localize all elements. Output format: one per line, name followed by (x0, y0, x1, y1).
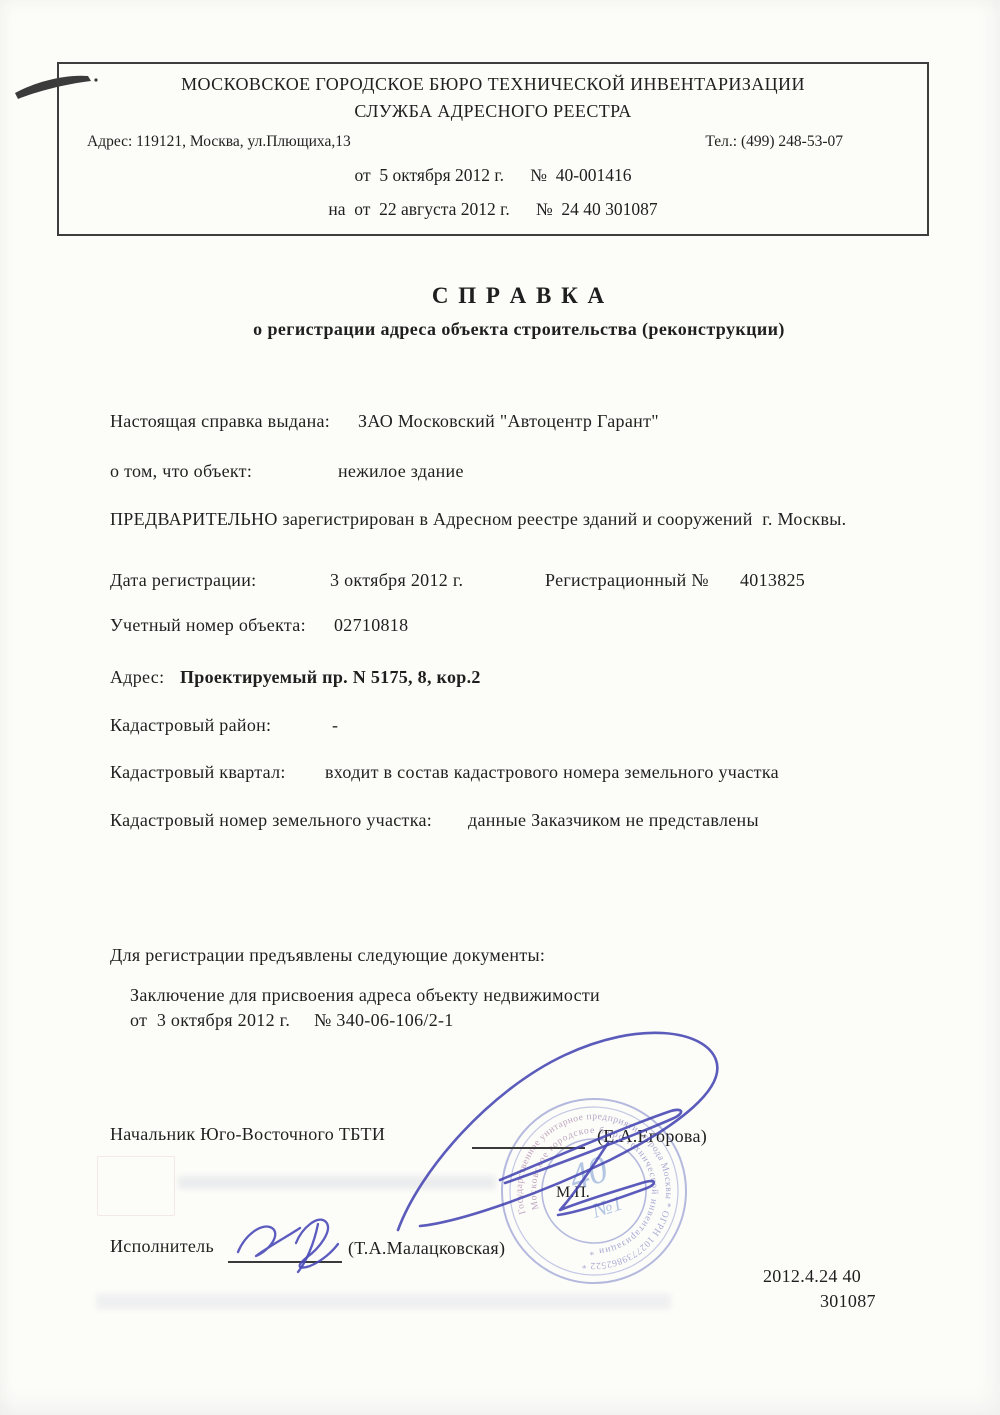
bleed-through-text-2 (96, 1294, 671, 1309)
head-title: Начальник Юго-Восточного ТБТИ (110, 1124, 385, 1145)
address-value: Проектируемый пр. N 5175, 8, кор.2 (180, 667, 481, 688)
preliminary-line: ПРЕДВАРИТЕЛЬНО зарегистрирован в Адресно… (110, 509, 846, 530)
cadastral-quarter-value: входит в состав кадастрового номера земе… (325, 762, 779, 783)
documents-heading: Для регистрации предъявлены следующие до… (110, 945, 545, 966)
org-name-line2: СЛУЖБА АДРЕСНОГО РЕЕСТРА (59, 101, 927, 122)
reg-date-label: Дата регистрации: (110, 570, 256, 591)
account-number-label: Учетный номер объекта: (110, 615, 306, 636)
executor-name: (Т.А.Малацковская) (348, 1238, 505, 1259)
footer-code-line1: 2012.4.24 40 (763, 1266, 861, 1287)
executor-signature (222, 1205, 357, 1280)
issued-label: Настоящая справка выдана: (110, 411, 330, 432)
reg-number-value: 4013825 (740, 570, 805, 591)
cadastral-parcel-value: данные Заказчиком не представлены (468, 810, 759, 831)
org-name-line1: МОСКОВСКОЕ ГОРОДСКОЕ БЮРО ТЕХНИЧЕСКОЙ ИН… (59, 74, 927, 95)
org-address: Адрес: 119121, Москва, ул.Плющиха,13 (87, 133, 351, 151)
org-phone: Тел.: (499) 248-53-07 (705, 133, 843, 151)
cadastral-district-label: Кадастровый район: (110, 715, 271, 736)
executor-label: Исполнитель (110, 1236, 214, 1257)
incoming-number-line: на от 22 августа 2012 г. № 24 40 301087 (59, 199, 927, 220)
reg-date-value: 3 октября 2012 г. (330, 570, 463, 591)
document-title: С П Р А В К А (38, 283, 1000, 309)
reg-number-label: Регистрационный № (545, 570, 709, 591)
object-label: о том, что объект: (110, 461, 252, 482)
outgoing-number-line: от 5 октября 2012 г. № 40-001416 (59, 165, 927, 186)
document-line1: Заключение для присвоения адреса объекту… (130, 985, 600, 1006)
cadastral-district-value: - (332, 715, 338, 736)
cadastral-quarter-label: Кадастровый квартал: (110, 762, 286, 783)
footer-code-line2: 301087 (820, 1291, 876, 1312)
account-number-value: 02710818 (334, 615, 408, 636)
head-signature (385, 1015, 730, 1240)
address-label: Адрес: (110, 667, 164, 688)
document-subtitle: о регистрации адреса объекта строительст… (38, 319, 1000, 340)
bleed-through-box (97, 1156, 175, 1216)
document-page: МОСКОВСКОЕ ГОРОДСКОЕ БЮРО ТЕХНИЧЕСКОЙ ИН… (0, 0, 1000, 1415)
object-value: нежилое здание (338, 461, 464, 482)
letterhead-box: МОСКОВСКОЕ ГОРОДСКОЕ БЮРО ТЕХНИЧЕСКОЙ ИН… (57, 62, 929, 236)
issued-value: ЗАО Московский "Автоцентр Гарант" (358, 411, 659, 432)
cadastral-parcel-label: Кадастровый номер земельного участка: (110, 810, 432, 831)
